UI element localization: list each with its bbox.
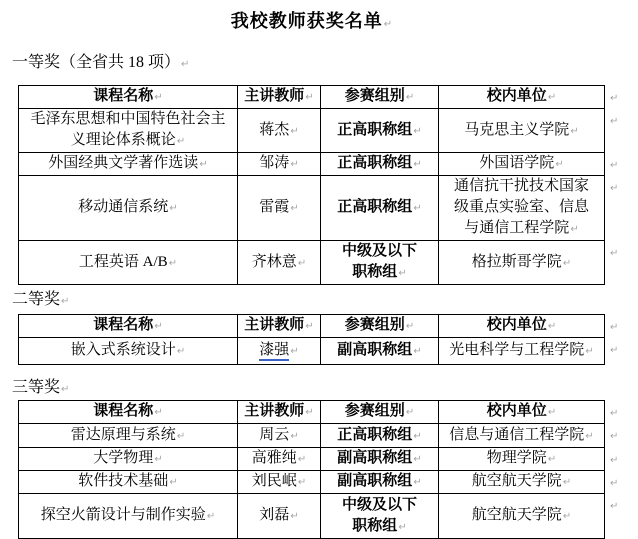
row-end-mark-cell: ↵ — [605, 448, 631, 471]
course-cell: 外国经典文学著作选读↵ — [19, 153, 238, 176]
paragraph-mark: ↵ — [305, 407, 313, 418]
paragraph-mark: ↵ — [207, 511, 215, 522]
group-cell: 正高职称组↵ — [321, 176, 439, 241]
paragraph-mark: ↵ — [169, 258, 177, 269]
row-end-mark: ↵ — [610, 455, 618, 466]
first-prize-table: 课程名称↵ 主讲教师↵ 参赛组别↵ 校内单位↵ ↵ 毛泽东思想和中国特色社会主 … — [18, 85, 631, 285]
teacher-cell: 周云↵ — [238, 424, 321, 448]
column-header-course: 课程名称↵ — [19, 315, 238, 338]
table-row: 工程英语 A/B↵ 齐林意↵ 中级及以下 职称组↵ 格拉斯哥学院↵ ↵ — [19, 241, 631, 285]
unit-cell: 航空航天学院↵ — [439, 494, 605, 539]
row-end-mark: ↵ — [610, 116, 618, 127]
column-header-unit: 校内单位↵ — [439, 401, 605, 424]
row-end-mark: ↵ — [610, 160, 618, 171]
course-cell: 嵌入式系统设计↵ — [19, 338, 238, 365]
table-row: 探空火箭设计与制作实验↵ 刘磊↵ 中级及以下 职称组↵ 航空航天学院↵ ↵ — [19, 494, 631, 539]
paragraph-mark: ↵ — [570, 126, 578, 137]
teacher-cell: 邹涛↵ — [238, 153, 321, 176]
row-end-mark-cell: ↵ — [605, 153, 631, 176]
group-cell: 正高职称组↵ — [321, 153, 439, 176]
paragraph-mark: ↵ — [406, 321, 414, 332]
unit-cell: 马克思主义学院↵ — [439, 109, 605, 153]
course-cell: 雷达原理与系统↵ — [19, 424, 238, 448]
paragraph-mark: ↵ — [563, 511, 571, 522]
paragraph-mark: ↵ — [181, 59, 189, 70]
row-end-mark-cell: ↵ — [605, 424, 631, 448]
row-end-mark-cell: ↵ — [605, 471, 631, 494]
teacher-cell: 蒋杰↵ — [238, 109, 321, 153]
paragraph-mark: ↵ — [290, 431, 298, 442]
row-end-mark: ↵ — [610, 431, 618, 442]
row-end-mark: ↵ — [610, 248, 618, 259]
unit-cell: 光电科学与工程学院↵ — [439, 338, 605, 365]
unit-cell: 格拉斯哥学院↵ — [439, 241, 605, 285]
paragraph-mark: ↵ — [585, 346, 593, 357]
row-end-mark-cell: ↵ — [605, 401, 631, 424]
unit-cell: 信息与通信工程学院↵ — [439, 424, 605, 448]
group-cell: 中级及以下 职称组↵ — [321, 494, 439, 539]
paragraph-mark: ↵ — [563, 477, 571, 488]
unit-cell: 物理学院↵ — [439, 448, 605, 471]
course-cell: 大学物理↵ — [19, 448, 238, 471]
table-row: 嵌入式系统设计↵ 漆强↵ 副高职称组↵ 光电科学与工程学院↵ ↵ — [19, 338, 631, 365]
section-heading-second-prize: 二等奖↵ — [12, 286, 69, 309]
paragraph-mark: ↵ — [177, 431, 185, 442]
unit-cell: 通信抗干扰技术国家 级重点实验室、信息 与通信工程学院↵ — [439, 176, 605, 241]
table-row: 大学物理↵ 高雅纯↵ 副高职称组↵ 物理学院↵ ↵ — [19, 448, 631, 471]
paragraph-mark: ↵ — [548, 454, 556, 465]
teacher-cell: 漆强↵ — [238, 338, 321, 365]
paragraph-mark: ↵ — [305, 321, 313, 332]
course-cell: 工程英语 A/B↵ — [19, 241, 238, 285]
paragraph-mark: ↵ — [413, 159, 421, 170]
table-row: 雷达原理与系统↵ 周云↵ 正高职称组↵ 信息与通信工程学院↵ ↵ — [19, 424, 631, 448]
group-cell: 中级及以下 职称组↵ — [321, 241, 439, 285]
paragraph-mark: ↵ — [398, 522, 406, 533]
column-header-course: 课程名称↵ — [19, 86, 238, 109]
paragraph-mark: ↵ — [177, 136, 185, 147]
column-header-group: 参赛组别↵ — [321, 401, 439, 424]
teacher-cell: 雷霞↵ — [238, 176, 321, 241]
paragraph-mark: ↵ — [298, 258, 306, 269]
group-cell: 副高职称组↵ — [321, 471, 439, 494]
row-end-mark: ↵ — [610, 93, 618, 104]
row-end-mark: ↵ — [610, 183, 618, 194]
row-end-mark-cell: ↵ — [605, 494, 631, 539]
paragraph-mark: ↵ — [384, 19, 393, 30]
table-row: 外国经典文学著作选读↵ 邹涛↵ 正高职称组↵ 外国语学院↵ ↵ — [19, 153, 631, 176]
course-cell: 毛泽东思想和中国特色社会主 义理论体系概论↵ — [19, 109, 238, 153]
column-header-teacher: 主讲教师↵ — [238, 401, 321, 424]
row-end-mark: ↵ — [610, 408, 618, 419]
paragraph-mark: ↵ — [548, 407, 556, 418]
paragraph-mark: ↵ — [413, 431, 421, 442]
teacher-cell: 刘磊↵ — [238, 494, 321, 539]
row-end-mark: ↵ — [610, 345, 618, 356]
page-title: 我校教师获奖名单↵ — [14, 7, 610, 33]
course-cell: 软件技术基础↵ — [19, 471, 238, 494]
page-title-text: 我校教师获奖名单 — [231, 11, 383, 31]
column-header-group: 参赛组别↵ — [321, 86, 439, 109]
row-end-mark: ↵ — [610, 322, 618, 333]
third-prize-table: 课程名称↵ 主讲教师↵ 参赛组别↵ 校内单位↵ ↵ 雷达原理与系统↵ 周云↵ 正… — [18, 400, 631, 539]
group-cell: 副高职称组↵ — [321, 338, 439, 365]
second-prize-table: 课程名称↵ 主讲教师↵ 参赛组别↵ 校内单位↵ ↵ 嵌入式系统设计↵ 漆强↵ 副… — [18, 314, 631, 365]
paragraph-mark: ↵ — [290, 511, 298, 522]
paragraph-mark: ↵ — [199, 159, 207, 170]
paragraph-mark: ↵ — [290, 203, 298, 214]
table-row: 移动通信系统↵ 雷霞↵ 正高职称组↵ 通信抗干扰技术国家 级重点实验室、信息 与… — [19, 176, 631, 241]
section-heading-text: 三等奖 — [12, 379, 60, 396]
paragraph-mark: ↵ — [305, 92, 313, 103]
paragraph-mark: ↵ — [290, 159, 298, 170]
paragraph-mark: ↵ — [570, 224, 578, 235]
section-heading-text: 一等奖（全省共 18 项） — [12, 54, 180, 71]
row-end-mark-cell: ↵ — [605, 241, 631, 285]
row-end-mark-cell: ↵ — [605, 176, 631, 241]
paragraph-mark: ↵ — [290, 346, 298, 357]
paragraph-mark: ↵ — [61, 296, 69, 307]
paragraph-mark: ↵ — [61, 384, 69, 395]
row-end-mark-cell: ↵ — [605, 338, 631, 365]
paragraph-mark: ↵ — [298, 454, 306, 465]
column-header-group: 参赛组别↵ — [321, 315, 439, 338]
row-end-mark-cell: ↵ — [605, 109, 631, 153]
paragraph-mark: ↵ — [555, 159, 563, 170]
unit-cell: 航空航天学院↵ — [439, 471, 605, 494]
paragraph-mark: ↵ — [548, 92, 556, 103]
paragraph-mark: ↵ — [290, 126, 298, 137]
paragraph-mark: ↵ — [413, 346, 421, 357]
table-row: 毛泽东思想和中国特色社会主 义理论体系概论↵ 蒋杰↵ 正高职称组↵ 马克思主义学… — [19, 109, 631, 153]
teacher-name-link[interactable]: 漆强 — [259, 342, 289, 361]
teacher-cell: 高雅纯↵ — [238, 448, 321, 471]
group-cell: 副高职称组↵ — [321, 448, 439, 471]
paragraph-mark: ↵ — [154, 321, 162, 332]
group-cell: 正高职称组↵ — [321, 424, 439, 448]
row-end-mark: ↵ — [610, 478, 618, 489]
column-header-unit: 校内单位↵ — [439, 315, 605, 338]
column-header-unit: 校内单位↵ — [439, 86, 605, 109]
paragraph-mark: ↵ — [563, 258, 571, 269]
row-end-mark-cell: ↵ — [605, 315, 631, 338]
course-cell: 探空火箭设计与制作实验↵ — [19, 494, 238, 539]
table-header-row: 课程名称↵ 主讲教师↵ 参赛组别↵ 校内单位↵ ↵ — [19, 86, 631, 109]
table-header-row: 课程名称↵ 主讲教师↵ 参赛组别↵ 校内单位↵ ↵ — [19, 401, 631, 424]
paragraph-mark: ↵ — [398, 268, 406, 279]
paragraph-mark: ↵ — [548, 321, 556, 332]
paragraph-mark: ↵ — [406, 92, 414, 103]
section-heading-text: 二等奖 — [12, 291, 60, 308]
paragraph-mark: ↵ — [413, 126, 421, 137]
paragraph-mark: ↵ — [413, 203, 421, 214]
paragraph-mark: ↵ — [413, 454, 421, 465]
paragraph-mark: ↵ — [298, 477, 306, 488]
paragraph-mark: ↵ — [169, 477, 177, 488]
teacher-cell: 齐林意↵ — [238, 241, 321, 285]
paragraph-mark: ↵ — [154, 92, 162, 103]
paragraph-mark: ↵ — [154, 454, 162, 465]
paragraph-mark: ↵ — [177, 346, 185, 357]
column-header-teacher: 主讲教师↵ — [238, 86, 321, 109]
section-heading-first-prize: 一等奖（全省共 18 项）↵ — [12, 49, 189, 72]
group-cell: 正高职称组↵ — [321, 109, 439, 153]
paragraph-mark: ↵ — [585, 431, 593, 442]
paragraph-mark: ↵ — [154, 407, 162, 418]
document-page: 我校教师获奖名单↵ 一等奖（全省共 18 项）↵ 课程名称↵ 主讲教师↵ 参赛组… — [0, 0, 638, 539]
course-cell: 移动通信系统↵ — [19, 176, 238, 241]
row-end-mark: ↵ — [610, 501, 618, 512]
column-header-teacher: 主讲教师↵ — [238, 315, 321, 338]
teacher-cell: 刘民岷↵ — [238, 471, 321, 494]
row-end-mark-cell: ↵ — [605, 86, 631, 109]
column-header-course: 课程名称↵ — [19, 401, 238, 424]
unit-cell: 外国语学院↵ — [439, 153, 605, 176]
section-heading-third-prize: 三等奖↵ — [12, 374, 69, 397]
paragraph-mark: ↵ — [413, 477, 421, 488]
paragraph-mark: ↵ — [406, 407, 414, 418]
table-row: 软件技术基础↵ 刘民岷↵ 副高职称组↵ 航空航天学院↵ ↵ — [19, 471, 631, 494]
table-header-row: 课程名称↵ 主讲教师↵ 参赛组别↵ 校内单位↵ ↵ — [19, 315, 631, 338]
paragraph-mark: ↵ — [169, 203, 177, 214]
